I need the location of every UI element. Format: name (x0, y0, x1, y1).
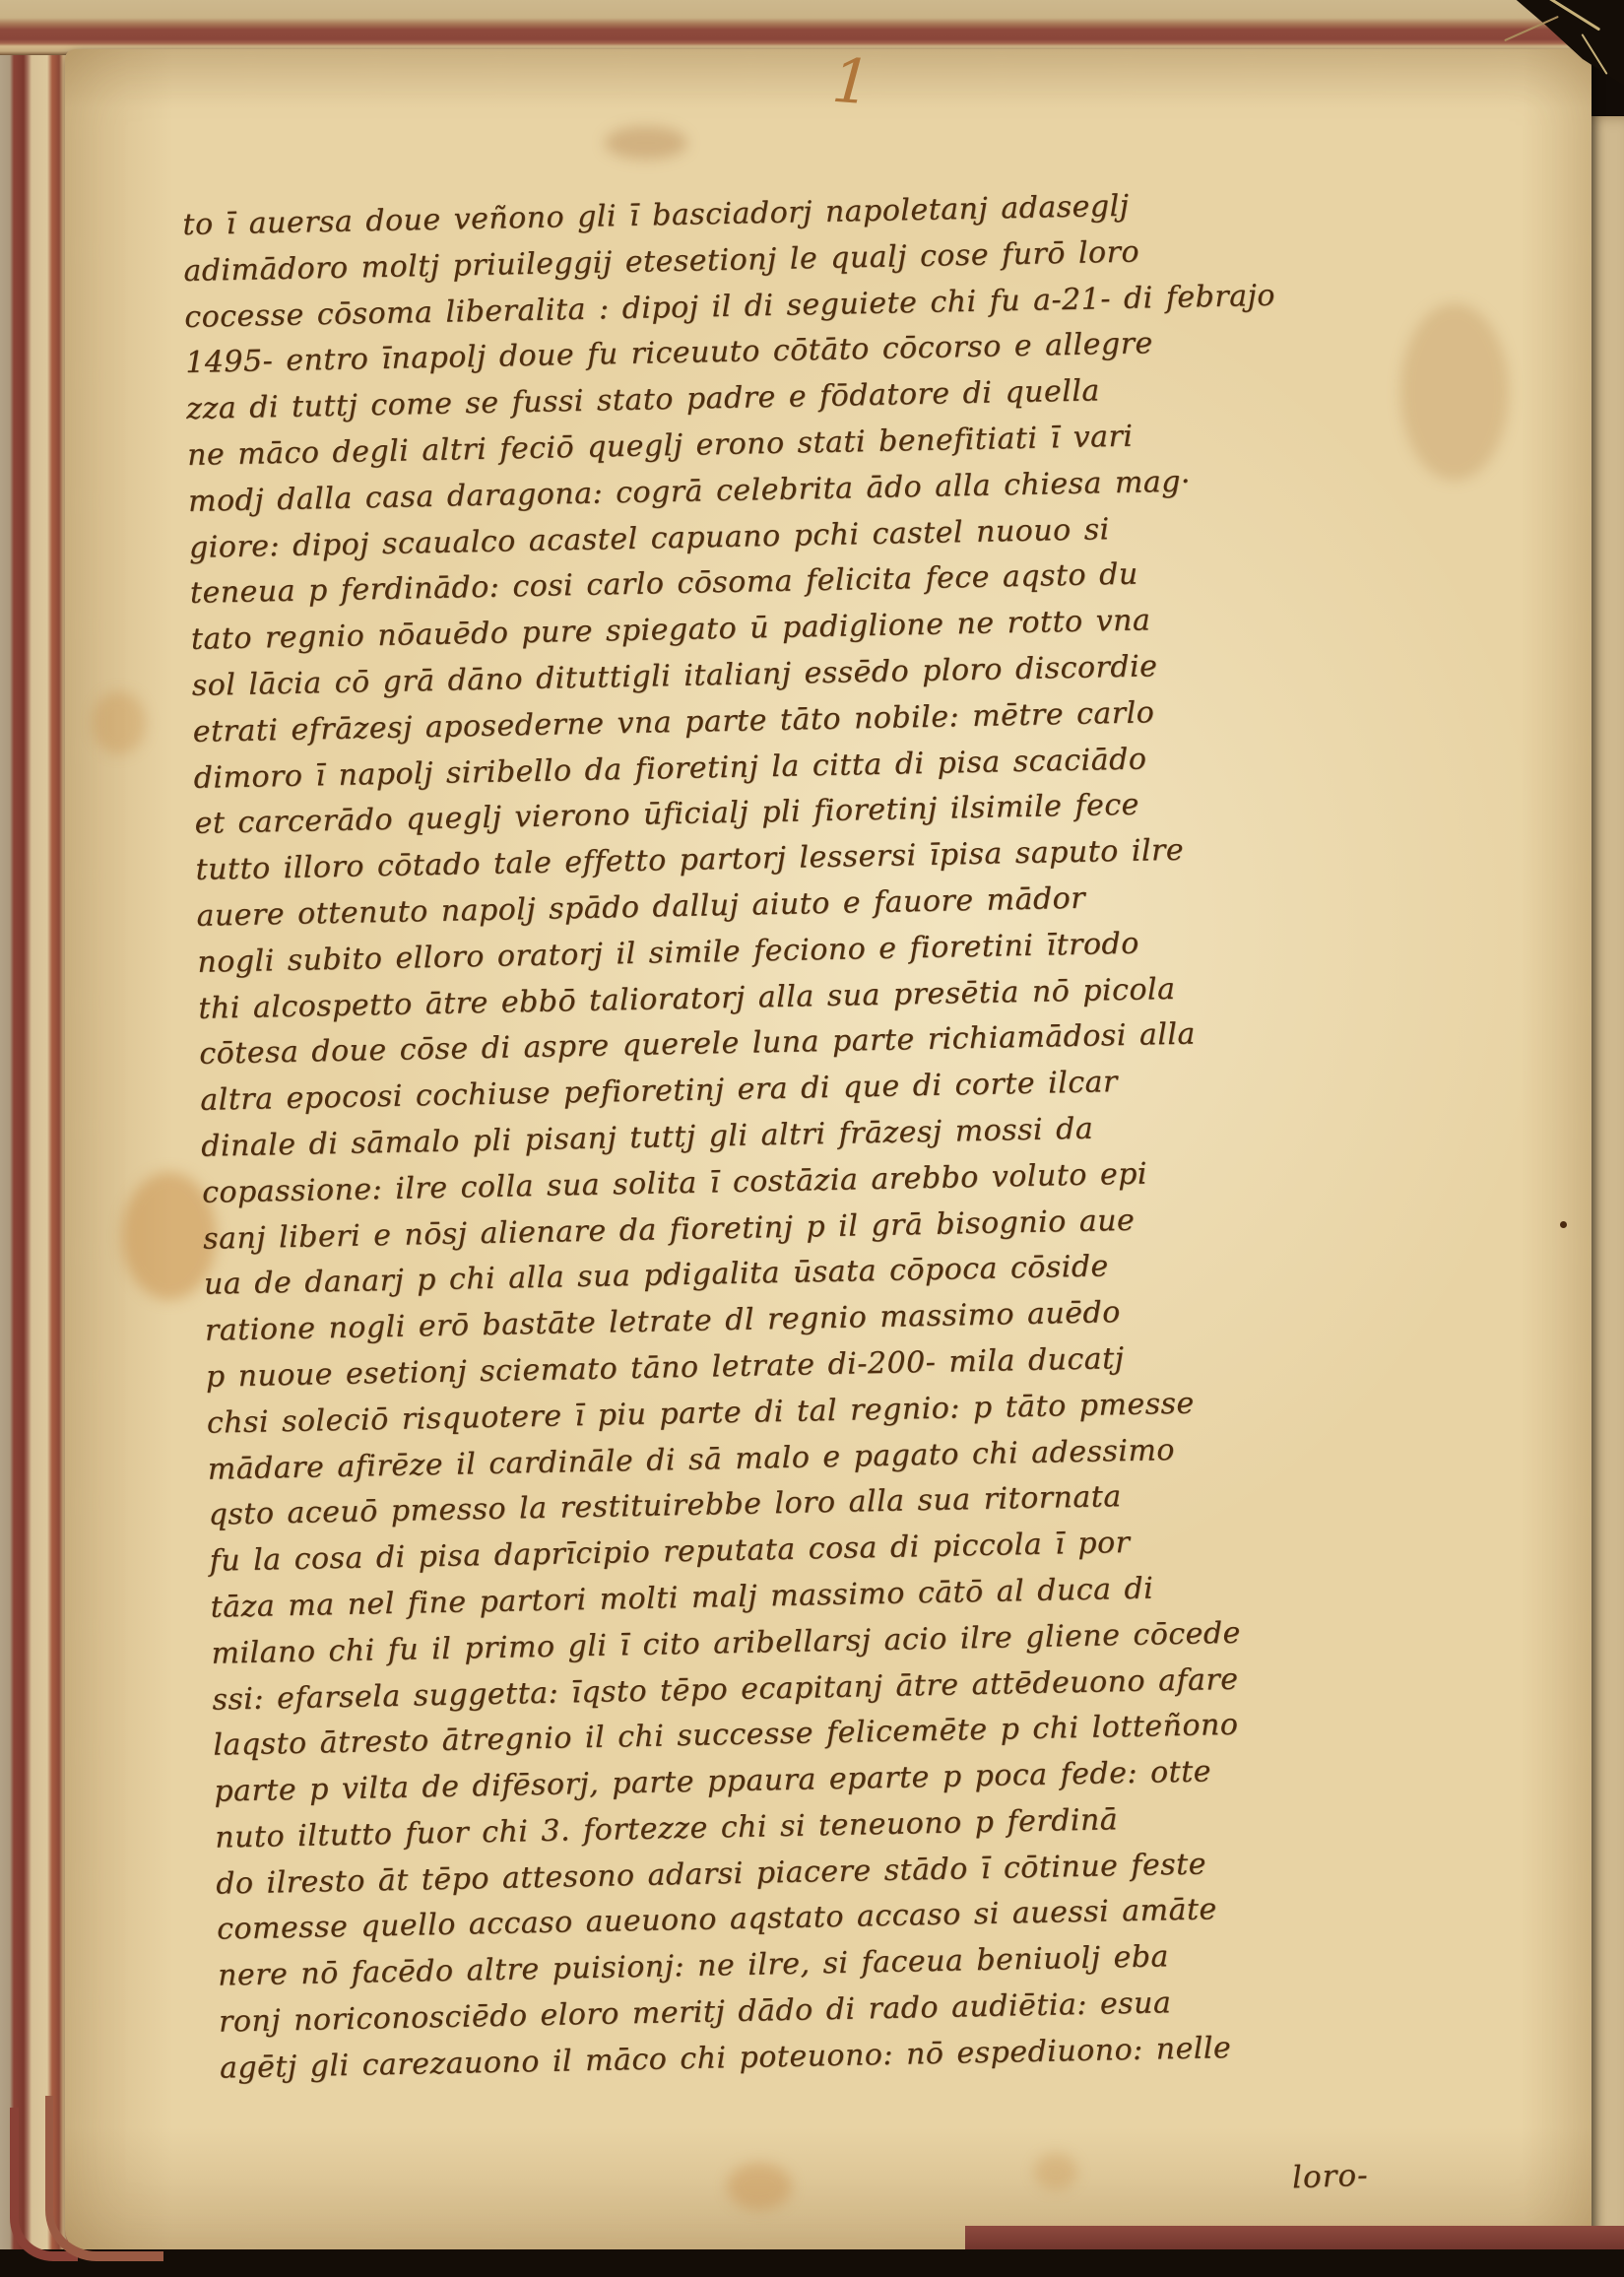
ink-speck (1560, 1221, 1567, 1228)
text-block: to ī auersa doue veñono gli ī basciadorj… (182, 176, 1522, 2092)
curled-leaf-corner (45, 2096, 163, 2261)
top-page-edge (0, 0, 1624, 55)
foxing-stain (93, 691, 146, 754)
foxing-stain (605, 126, 687, 160)
table-background-bottom (0, 2249, 1624, 2277)
manuscript-photo: 1 to ī auersa doue veñono gli ī basciado… (0, 0, 1624, 2277)
foxing-stain (1034, 2153, 1077, 2190)
foxing-stain (727, 2163, 792, 2210)
folio-number: 1 (830, 44, 874, 119)
catchword: loro- (1291, 2158, 1369, 2196)
